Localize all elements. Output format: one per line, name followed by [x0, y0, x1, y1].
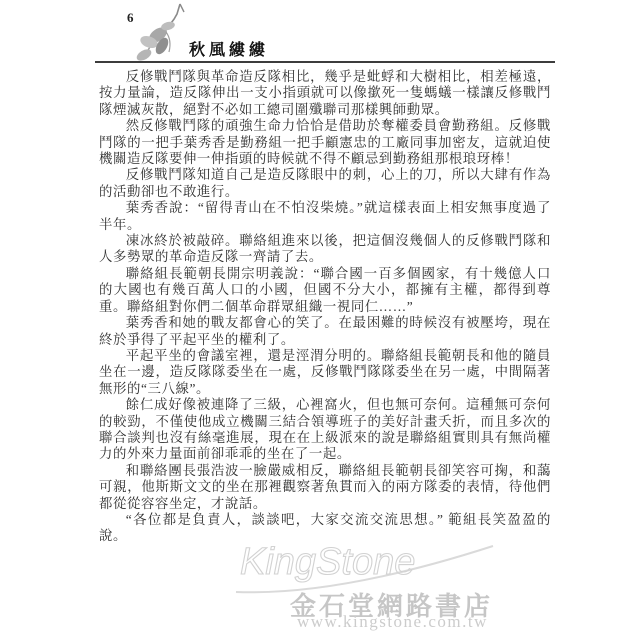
kingstone-watermark-text: KingStone — [240, 541, 415, 583]
book-page: 6 秋風縷縷 反修戰鬥隊與革命造反隊相比，幾乎是蚍蜉和大樹相比，相差極遠，按力量… — [0, 0, 640, 640]
paragraph: 反修戰鬥隊知道自己是造反隊眼中的刺，心上的刀，所以大肆有作為的活動卻也不敢進行。 — [99, 167, 551, 200]
paragraph: 反修戰鬥隊與革命造反隊相比，幾乎是蚍蜉和大樹相比，相差極遠，按力量論，造反隊伸出… — [99, 69, 551, 118]
paragraph: 葉秀香說：“留得青山在不怕沒柴燒。”就這樣表面上相安無事度過了半年。 — [99, 200, 551, 233]
paragraph: 然反修戰鬥隊的頑強生命力恰恰是借助於奪權委員會勤務組。反修戰鬥隊的一把手葉秀香是… — [99, 118, 551, 167]
book-title: 秋風縷縷 — [189, 37, 269, 60]
paragraph: 凍冰終於被敲碎。聯絡組進來以後，把這個沒幾個人的反修戰鬥隊和人多勢眾的革命造反隊… — [99, 233, 551, 266]
paragraph: 餘仁成好像被連降了三級，心裡窩火，但也無可奈何。這種無可奈何的較勁，不僅使他成立… — [99, 397, 551, 463]
paragraph: 葉秀香和她的戰友都會心的笑了。在最困難的時候沒有被壓垮，現在終於爭得了平起平坐的… — [99, 315, 551, 348]
store-url-watermark: www.kingstone.com.tw — [297, 612, 488, 632]
paragraph: 和聯絡團長張浩波一臉嚴威相反，聯絡組長範朝長卻笑容可掬，和藹可親，他斯斯文文的坐… — [99, 463, 551, 512]
paragraph: 平起平坐的會議室裡，還是涇渭分明的。聯絡組長範朝長和他的隨員坐在一邊，造反隊隊委… — [99, 348, 551, 397]
paragraph: 聯絡組長範朝長開宗明義說：“聯合國一百多個國家，有十幾億人口的大國也有幾百萬人口… — [99, 266, 551, 315]
paragraph: “各位都是負責人，談談吧，大家交流交流思想。” 範組長笑盈盈的說。 — [99, 512, 551, 545]
body-text: 反修戰鬥隊與革命造反隊相比，幾乎是蚍蜉和大樹相比，相差極遠，按力量論，造反隊伸出… — [99, 69, 551, 545]
header-divider — [95, 61, 555, 63]
